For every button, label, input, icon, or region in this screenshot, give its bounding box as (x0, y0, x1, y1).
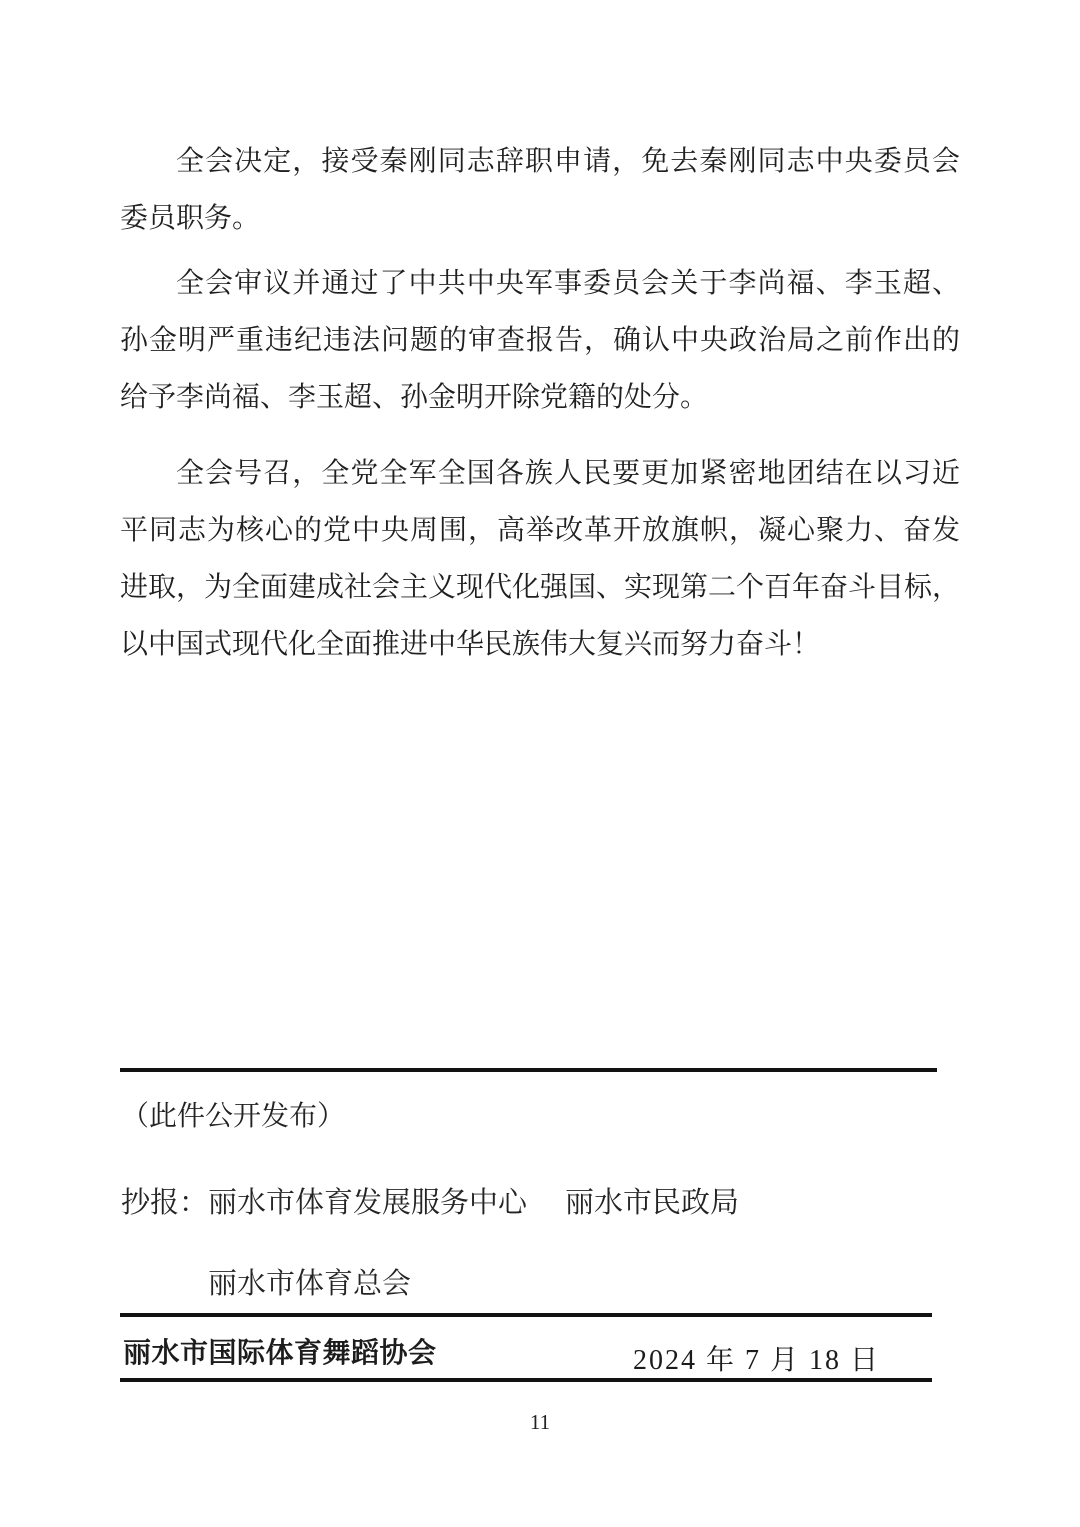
issue-date: 2024 年 7 月 18 日 (633, 1338, 880, 1378)
body-line: 以中国式现代化全面推进中华民族伟大复兴而努力奋斗！ (120, 616, 960, 673)
separator-line-bottom (120, 1378, 932, 1382)
paragraph: 全会决定，接受秦刚同志辞职申请，免去秦刚同志中央委员会 委员职务。 (120, 133, 960, 247)
cc-recipient-line2: 丽水市体育总会 (208, 1261, 411, 1302)
document-page: 全会决定，接受秦刚同志辞职申请，免去秦刚同志中央委员会 委员职务。 全会审议并通… (0, 0, 1080, 1527)
body-line: 孙金明严重违纪违法问题的审查报告，确认中央政治局之前作出的 (120, 312, 960, 369)
page-number: 11 (0, 1410, 1080, 1435)
body-line: 委员职务。 (120, 190, 960, 247)
body-line: 给予李尚福、李玉超、孙金明开除党籍的处分。 (120, 369, 960, 426)
cc-recipients-row: 抄报：丽水市体育发展服务中心丽水市民政局 (121, 1180, 739, 1221)
cc-label: 抄报： (121, 1187, 208, 1219)
separator-line-middle (120, 1313, 932, 1317)
body-line: 平同志为核心的党中央周围，高举改革开放旗帜，凝心聚力、奋发 (120, 502, 960, 559)
public-release-note: （此件公开发布） (121, 1094, 345, 1134)
body-line: 进取，为全面建成社会主义现代化强国、实现第二个百年奋斗目标， (120, 559, 960, 616)
body-line: 全会决定，接受秦刚同志辞职申请，免去秦刚同志中央委员会 (120, 133, 960, 190)
paragraph: 全会号召，全党全军全国各族人民要更加紧密地团结在以习近 平同志为核心的党中央周围… (120, 445, 960, 673)
issuing-organization: 丽水市国际体育舞蹈协会 (123, 1331, 437, 1371)
document-body: 全会决定，接受秦刚同志辞职申请，免去秦刚同志中央委员会 委员职务。 全会审议并通… (120, 133, 960, 673)
body-line: 全会审议并通过了中共中央军事委员会关于李尚福、李玉超、 (120, 255, 960, 312)
body-line: 全会号召，全党全军全国各族人民要更加紧密地团结在以习近 (120, 445, 960, 502)
paragraph: 全会审议并通过了中共中央军事委员会关于李尚福、李玉超、 孙金明严重违纪违法问题的… (120, 255, 960, 426)
cc-recipient: 丽水市体育发展服务中心 (208, 1187, 527, 1219)
cc-recipient: 丽水市民政局 (565, 1187, 739, 1219)
separator-line-top (120, 1068, 937, 1072)
